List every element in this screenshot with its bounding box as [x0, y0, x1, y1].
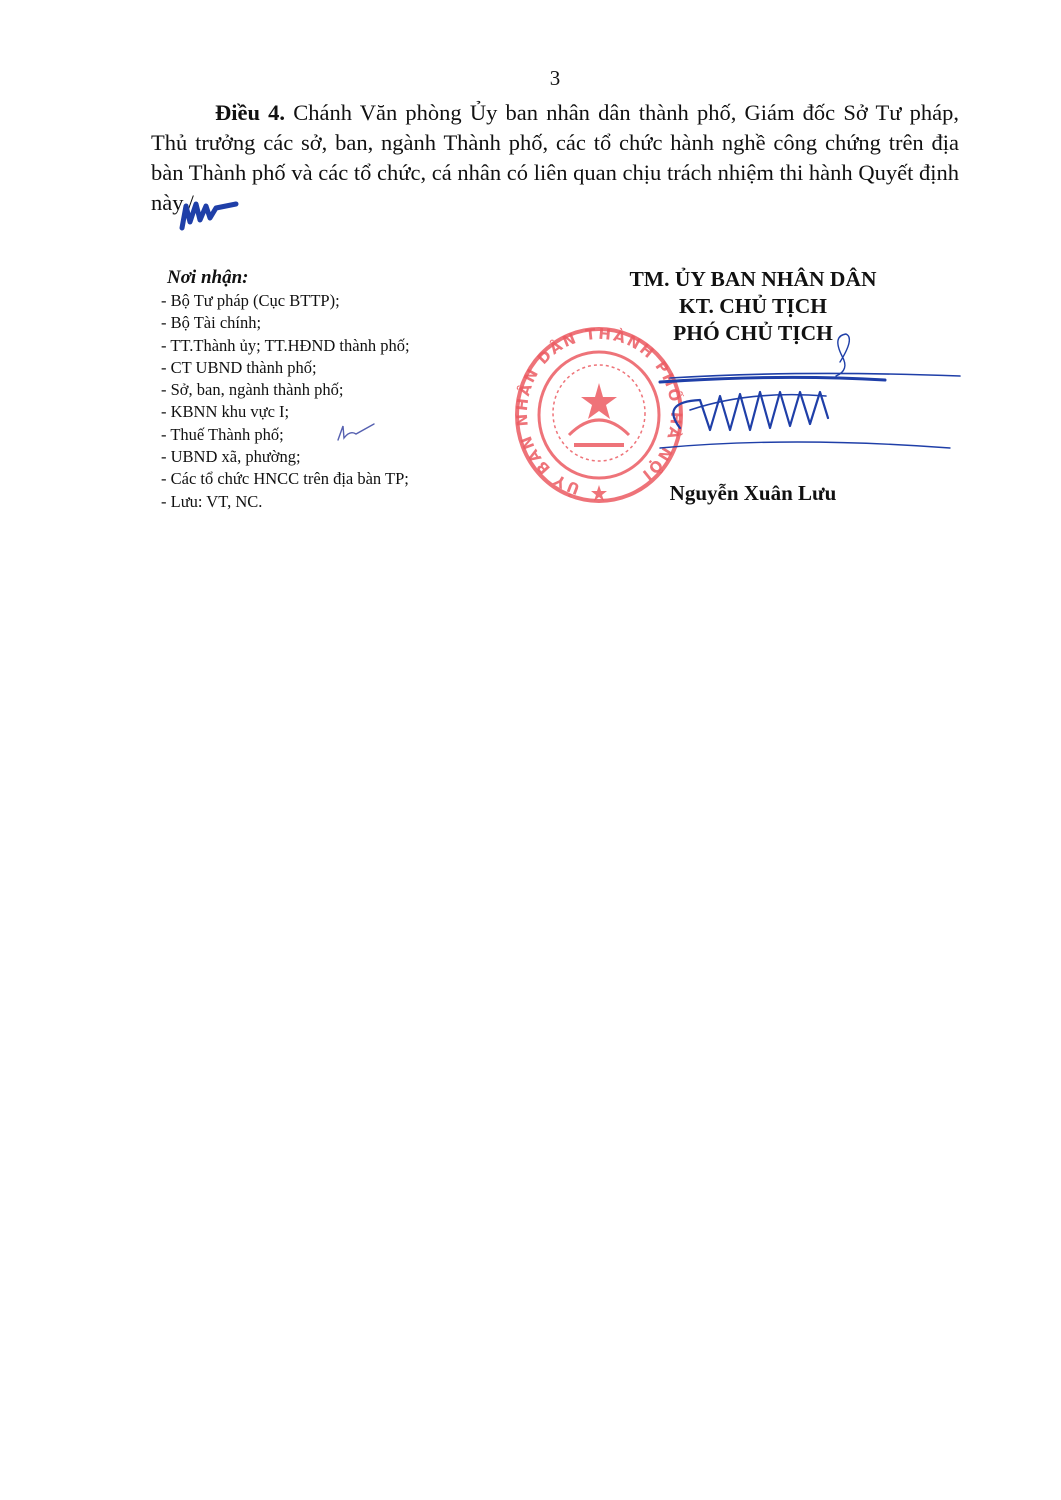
recipient-item: - Sở, ban, ngành thành phố; — [161, 379, 410, 401]
handwritten-signature-icon — [640, 330, 970, 470]
recipients-heading: Nơi nhận: — [161, 266, 410, 290]
small-initial-icon — [334, 418, 378, 444]
signer-name: Nguyễn Xuân Lưu — [600, 481, 906, 506]
recipients-list: Nơi nhận: - Bộ Tư pháp (Cục BTTP); - Bộ … — [161, 266, 410, 513]
recipient-item: - Bộ Tài chính; — [161, 312, 410, 334]
article-label: Điều 4. — [215, 100, 285, 125]
recipient-item: - Các tổ chức HNCC trên địa bàn TP; — [161, 468, 410, 490]
recipient-item: - UBND xã, phường; — [161, 446, 410, 468]
recipient-item: - Lưu: VT, NC. — [161, 491, 410, 513]
signature-line-1: TM. ỦY BAN NHÂN DÂN — [600, 266, 906, 293]
initial-mark-icon — [176, 196, 246, 232]
signature-line-2: KT. CHỦ TỊCH — [600, 293, 906, 320]
recipient-item: - TT.Thành ủy; TT.HĐND thành phố; — [161, 335, 410, 357]
recipient-item: - Bộ Tư pháp (Cục BTTP); — [161, 290, 410, 312]
recipient-item: - CT UBND thành phố; — [161, 357, 410, 379]
article-4-paragraph: Điều 4. Chánh Văn phòng Ủy ban nhân dân … — [151, 98, 959, 218]
page-number: 3 — [0, 66, 1061, 91]
